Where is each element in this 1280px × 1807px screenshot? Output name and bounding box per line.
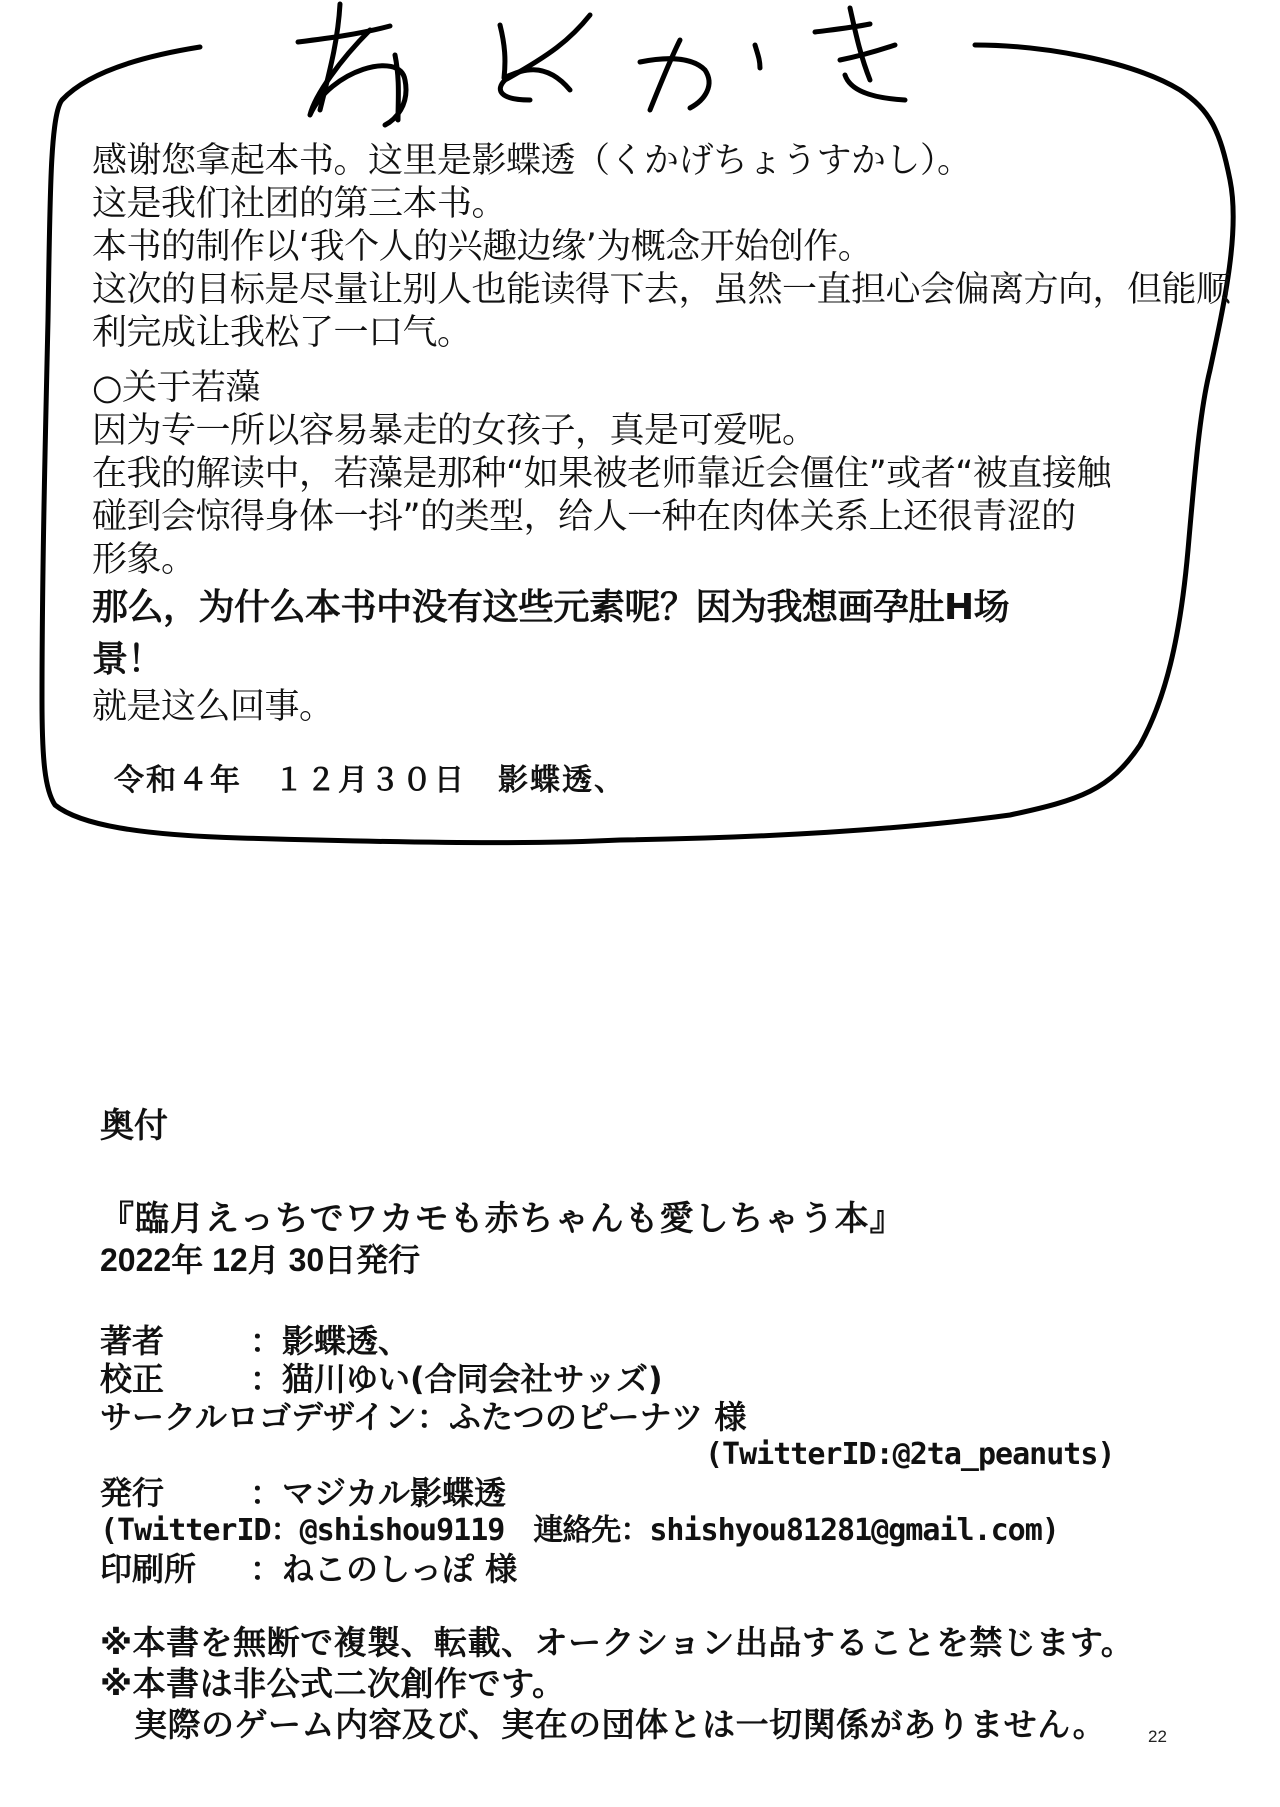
credit-row-printer: 印刷所 ：ねこのしっぽ 様 bbox=[100, 1550, 1200, 1588]
afterword-line: 利完成让我松了一口气。 bbox=[92, 312, 1192, 355]
closing-line: 就是这么回事。 bbox=[92, 686, 1192, 729]
credit-row-logo-design: サークルロゴデザイン ：ふたつのピーナツ 様 bbox=[100, 1398, 1200, 1436]
paragraph-gap bbox=[92, 355, 1192, 367]
afterword-line: 碰到会惊得身体一抖”的类型，给人一种在肉体关系上还很青涩的 bbox=[92, 496, 1192, 539]
afterword-page: あとがき 感谢您拿起本书。这里是影蝶透（くかげちょうすかし）。 这是我们社团的第… bbox=[0, 0, 1280, 1807]
notice-line: 実際のゲーム内容及び、実在の団体とは一切関係がありません。 bbox=[100, 1704, 1200, 1745]
credit-label: 印刷所 bbox=[100, 1550, 250, 1588]
credit-row-publisher: 発行 ：マジカル影蝶透 bbox=[100, 1474, 1200, 1512]
legal-notices: ※本書を無断で複製、転載、オークション出品することを禁じます。 ※本書は非公式二… bbox=[100, 1622, 1200, 1745]
afterword-line: 本书的制作以‘我个人的兴趣边缘’为概念开始创作。 bbox=[92, 226, 1192, 269]
credit-row-proofreading: 校正 ：猫川ゆい(合同会社サッズ) bbox=[100, 1360, 1200, 1398]
afterword-line: 感谢您拿起本书。这里是影蝶透（くかげちょうすかし）。 bbox=[92, 140, 1192, 183]
credit-value: ：影蝶透、 bbox=[250, 1322, 410, 1360]
section-heading: ○关于若藻 bbox=[92, 367, 1192, 410]
credit-label: 発行 bbox=[100, 1474, 250, 1512]
credit-row-author: 著者 ：影蝶透、 bbox=[100, 1322, 1200, 1360]
book-title: 『臨月えっちでワカモも赤ちゃんも愛しちゃう本』 bbox=[100, 1198, 1200, 1240]
afterword-line: 这是我们社团的第三本书。 bbox=[92, 183, 1192, 226]
afterword-line: 在我的解读中，若藻是那种“如果被老师靠近会僵住”或者“被直接触 bbox=[92, 453, 1192, 496]
publisher-contact: (TwitterID：@shishou9119 連絡先：shishyou8128… bbox=[100, 1512, 1200, 1550]
credits-list: 著者 ：影蝶透、 校正 ：猫川ゆい(合同会社サッズ) サークルロゴデザイン ：ふ… bbox=[100, 1322, 1200, 1588]
afterword-body: 感谢您拿起本书。这里是影蝶透（くかげちょうすかし）。 这是我们社团的第三本书。 … bbox=[92, 140, 1192, 799]
credit-label: 著者 bbox=[100, 1322, 250, 1360]
notice-line: ※本書は非公式二次創作です。 bbox=[100, 1663, 1200, 1704]
colophon-heading: 奥付 bbox=[100, 1106, 1200, 1146]
logo-designer-twitter: (TwitterID:@2ta_peanuts) bbox=[100, 1436, 1200, 1474]
publish-date: 2022年 12月 30日発行 bbox=[100, 1240, 1200, 1280]
page-number: 22 bbox=[1148, 1727, 1167, 1747]
credit-value: ：猫川ゆい(合同会社サッズ) bbox=[250, 1360, 663, 1398]
signature-date: 令和４年 １２月３０日 影蝶透、 bbox=[92, 755, 1192, 799]
emphasis-line: 那么，为什么本书中没有这些元素呢？因为我想画孕肚H场 bbox=[92, 582, 1192, 634]
credit-value: ：マジカル影蝶透 bbox=[250, 1474, 506, 1512]
notice-line: ※本書を無断で複製、転載、オークション出品することを禁じます。 bbox=[100, 1622, 1200, 1663]
emphasis-line: 景！ bbox=[92, 634, 1192, 686]
afterword-line: 形象。 bbox=[92, 539, 1192, 582]
colophon: 奥付 『臨月えっちでワカモも赤ちゃんも愛しちゃう本』 2022年 12月 30日… bbox=[100, 1106, 1200, 1745]
afterword-line: 因为专一所以容易暴走的女孩子，真是可爱呢。 bbox=[92, 410, 1192, 453]
credit-value: ：ふたつのピーナツ 様 bbox=[417, 1398, 747, 1436]
credit-label: 校正 bbox=[100, 1360, 250, 1398]
credit-value: ：ねこのしっぽ 様 bbox=[250, 1550, 517, 1588]
afterword-line: 这次的目标是尽量让别人也能读得下去，虽然一直担心会偏离方向，但能顺 bbox=[92, 269, 1192, 312]
credit-label: サークルロゴデザイン bbox=[100, 1398, 417, 1436]
